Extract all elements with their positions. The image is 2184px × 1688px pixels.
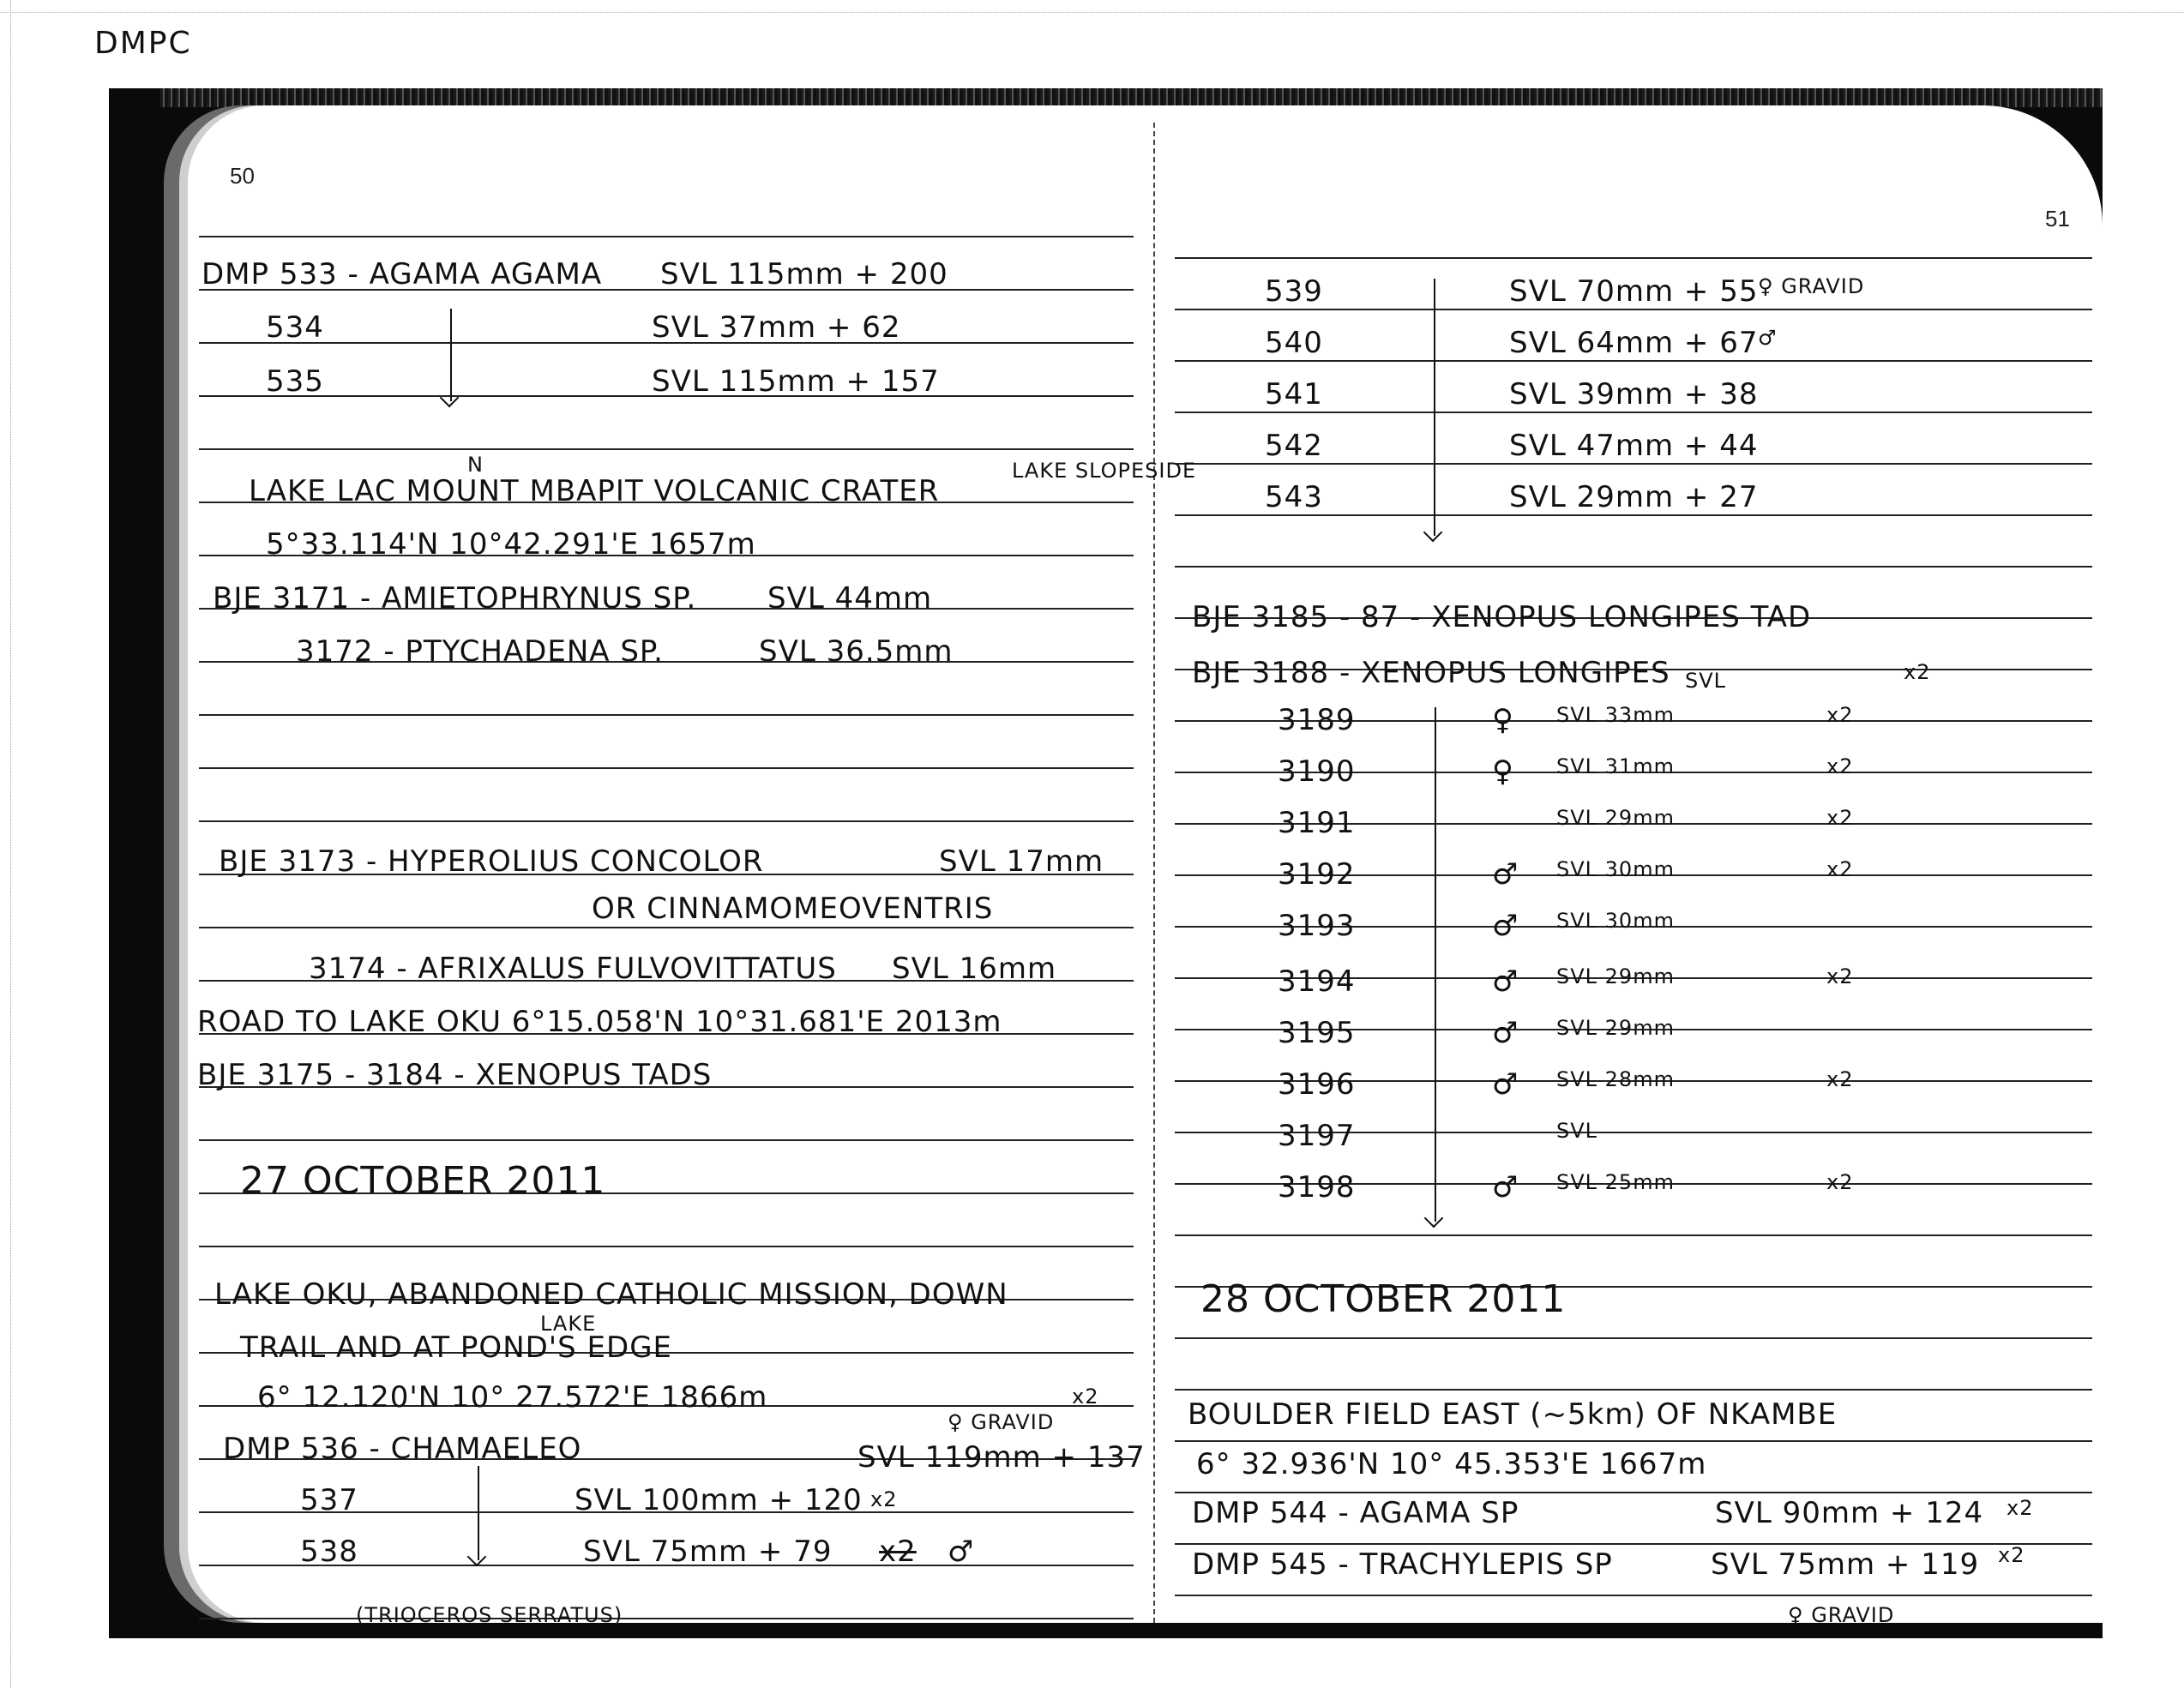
entry-bje3185: BJE 3185 - 87 - XENOPUS LONGIPES TAD	[1192, 600, 1811, 634]
range-arrow-icon	[1434, 279, 1435, 536]
entry-bje3194: 3194	[1278, 964, 1356, 999]
entry-bje3195-svl: SVL 29mm	[1556, 1016, 1675, 1040]
entry-dmp545-gravid: ♀ GRAVID	[1788, 1603, 1894, 1627]
ruled-line	[1175, 514, 2092, 516]
entry-dmp536-svl: SVL 119mm + 137	[857, 1440, 1146, 1475]
locality-insert-n: N	[467, 453, 484, 477]
entry-bje3193-svl: SVL 30mm	[1556, 909, 1675, 933]
entry-dmp539: 539	[1265, 274, 1323, 309]
entry-dmp536-note: ♀ GRAVID	[948, 1410, 1054, 1434]
ruled-line	[1175, 1492, 2092, 1493]
entry-bje3173-alt: OR CINNAMOMEOVENTRIS	[592, 892, 993, 926]
entry-dmp540-note: ♂	[1758, 326, 1778, 350]
male-symbol-icon: ♂	[1492, 1170, 1519, 1204]
entry-dmp544: DMP 544 - AGAMA SP	[1192, 1496, 1519, 1530]
ruled-line	[1175, 1440, 2092, 1442]
entry-dmp538-svl: SVL 75mm + 79	[583, 1535, 832, 1569]
entry-dmp545: DMP 545 - TRACHYLEPIS SP	[1192, 1547, 1613, 1582]
entry-dmp539-svl: SVL 70mm + 55	[1509, 274, 1758, 309]
entry-dmp543-svl: SVL 29mm + 27	[1509, 480, 1758, 514]
ruled-line	[1175, 463, 2092, 465]
male-symbol-icon: ♂	[948, 1535, 974, 1569]
coords-mbapit: 5°33.114'N 10°42.291'E 1657m	[266, 527, 756, 562]
entry-bje3189-note: x2	[1826, 703, 1853, 727]
entry-bje3194-svl: SVL 29mm	[1556, 964, 1675, 988]
entry-bje3175: BJE 3175 - 3184 - XENOPUS TADS	[197, 1058, 712, 1092]
entry-bje3171: BJE 3171 - AMIETOPHRYNUS SP.	[213, 581, 696, 616]
entry-bje3173: BJE 3173 - HYPEROLIUS CONCOLOR	[219, 844, 764, 879]
entry-bje3198-note: x2	[1826, 1170, 1853, 1194]
entry-bje3189-svl: SVL 33mm	[1556, 703, 1675, 727]
female-symbol-icon: ♀	[1492, 754, 1514, 789]
entry-dmp543: 543	[1265, 480, 1323, 514]
female-symbol-icon: ♀	[1492, 703, 1514, 737]
page-gutter	[1153, 123, 1155, 1623]
ruled-line	[199, 1246, 1134, 1247]
entry-bje3188: BJE 3188 - XENOPUS LONGIPES	[1192, 656, 1670, 690]
entry-bje3194-note: x2	[1826, 964, 1853, 988]
entry-dmp545-note: x2	[1998, 1543, 2025, 1567]
ruled-line	[1175, 1595, 2092, 1596]
entry-bje3191-svl: SVL 29mm	[1556, 806, 1675, 830]
scan-top-edge	[0, 12, 2184, 13]
entry-bje3198: 3198	[1278, 1170, 1356, 1204]
ruled-line	[1175, 1337, 2092, 1339]
entry-dmp538: 538	[300, 1535, 358, 1569]
entry-bje3172-svl: SVL 36.5mm	[759, 634, 954, 669]
entry-dmp540: 540	[1265, 326, 1323, 360]
ruled-line	[1175, 360, 2092, 362]
entry-bje3190-svl: SVL 31mm	[1556, 754, 1675, 778]
ruled-line	[1175, 257, 2092, 259]
entry-dmp536: DMP 536 - CHAMAELEO	[223, 1432, 581, 1466]
entry-bje3196-note: x2	[1826, 1067, 1853, 1091]
ruled-line	[199, 448, 1134, 450]
date-28-october: 28 OCTOBER 2011	[1200, 1277, 1566, 1321]
entry-dmp542-svl: SVL 47mm + 44	[1509, 429, 1758, 463]
locality-insert-lake: LAKE	[540, 1312, 596, 1336]
male-symbol-icon: ♂	[1492, 964, 1519, 999]
ruled-line	[1175, 411, 2092, 413]
entry-dmp534: 534	[266, 310, 324, 345]
entry-bje3189: 3189	[1278, 703, 1356, 737]
page-number-right: 51	[2045, 206, 2070, 232]
male-symbol-icon: ♂	[1492, 1067, 1519, 1102]
entry-bje3192-svl: SVL 30mm	[1556, 857, 1675, 881]
coords-nkambe: 6° 32.936'N 10° 45.353'E 1667m	[1196, 1447, 1706, 1481]
entry-bje3188-note: x2	[1904, 660, 1930, 684]
locality-note: LAKE SLOPESIDE	[1012, 459, 1196, 483]
entry-dmp534-svl: SVL 37mm + 62	[652, 310, 900, 345]
entry-bje3193: 3193	[1278, 909, 1356, 943]
ruled-line	[199, 236, 1134, 237]
entry-dmp540-svl: SVL 64mm + 67	[1509, 326, 1758, 360]
entry-bje3188-svl: SVL	[1685, 669, 1726, 693]
ruled-line	[1175, 1389, 2092, 1391]
ruled-line	[199, 714, 1134, 716]
entry-bje3198-svl: SVL 25mm	[1556, 1170, 1675, 1194]
locality-mbapit: LAKE LAC MOUNT MBAPIT VOLCANIC CRATER	[249, 474, 939, 508]
entry-bje3197-svl: SVL	[1556, 1119, 1597, 1143]
range-arrow-icon	[478, 1466, 479, 1560]
entry-dmp533-svl: SVL 115mm + 200	[660, 257, 948, 291]
ruled-line	[199, 767, 1134, 769]
entry-dmp539-note: ♀ GRAVID	[1758, 274, 1864, 298]
entry-dmp541: 541	[1265, 377, 1323, 411]
entry-bje3190-note: x2	[1826, 754, 1853, 778]
male-symbol-icon: ♂	[1492, 857, 1519, 892]
entry-bje3191-note: x2	[1826, 806, 1853, 830]
male-symbol-icon: ♂	[1492, 1016, 1519, 1050]
entry-dmp538-struck: x2	[879, 1535, 917, 1569]
coords-lake-oku: 6° 12.120'N 10° 27.572'E 1866m	[257, 1380, 767, 1415]
entry-dmp542: 542	[1265, 429, 1323, 463]
corner-label: DMPC	[94, 26, 192, 61]
ruled-line	[1175, 1234, 2092, 1236]
entry-bje3192-note: x2	[1826, 857, 1853, 881]
entry-dmp533: DMP 533 - AGAMA AGAMA	[202, 257, 602, 291]
entry-bje3195: 3195	[1278, 1016, 1356, 1050]
ruled-line	[199, 927, 1134, 928]
page-number-left: 50	[230, 163, 255, 189]
scan-left-edge	[10, 0, 11, 1688]
locality-road-oku: ROAD TO LAKE OKU 6°15.058'N 10°31.681'E …	[197, 1005, 1002, 1039]
entry-dmp537-note: x2	[870, 1487, 897, 1511]
entry-bje3172: 3172 - PTYCHADENA SP.	[296, 634, 664, 669]
entry-dmp544-note: x2	[2007, 1496, 2033, 1520]
entry-bje3191: 3191	[1278, 806, 1356, 840]
entry-dmp535: 535	[266, 364, 324, 399]
count-note: x2	[1072, 1385, 1098, 1409]
ruled-line	[199, 820, 1134, 822]
binding-shadow	[160, 88, 2103, 107]
entry-bje3174: 3174 - AFRIXALUS FULVOVITTATUS	[309, 952, 837, 986]
date-27-october: 27 OCTOBER 2011	[240, 1159, 605, 1203]
range-arrow-icon	[450, 309, 452, 401]
ruled-line	[1175, 1543, 2092, 1545]
entry-bje3196-svl: SVL 28mm	[1556, 1067, 1675, 1091]
entry-bje3190: 3190	[1278, 754, 1356, 789]
entry-bje3192: 3192	[1278, 857, 1356, 892]
footnote-trioceros: (TRIOCEROS SERRATUS)	[356, 1603, 623, 1627]
locality-boulder-field: BOULDER FIELD EAST (~5km) OF NKAMBE	[1188, 1397, 1837, 1432]
entry-bje3171-svl: SVL 44mm	[767, 581, 932, 616]
entry-dmp537: 537	[300, 1483, 358, 1517]
ruled-line	[1175, 309, 2092, 310]
entry-dmp541-svl: SVL 39mm + 38	[1509, 377, 1758, 411]
entry-dmp535-svl: SVL 115mm + 157	[652, 364, 940, 399]
entry-bje3196: 3196	[1278, 1067, 1356, 1102]
entry-bje3173-svl: SVL 17mm	[939, 844, 1104, 879]
entry-dmp537-svl: SVL 100mm + 120	[575, 1483, 863, 1517]
male-symbol-icon: ♂	[1492, 909, 1519, 943]
ruled-line	[199, 1618, 1134, 1619]
ruled-line	[1175, 566, 2092, 568]
locality-lake-oku-2: TRAIL AND AT POND'S EDGE	[240, 1331, 672, 1365]
entry-bje3174-svl: SVL 16mm	[892, 952, 1056, 986]
entry-bje3197: 3197	[1278, 1119, 1356, 1153]
entry-dmp544-svl: SVL 90mm + 124	[1715, 1496, 1983, 1530]
range-arrow-icon	[1435, 707, 1436, 1222]
entry-dmp545-svl: SVL 75mm + 119	[1711, 1547, 1979, 1582]
locality-lake-oku: LAKE OKU, ABANDONED CATHOLIC MISSION, DO…	[214, 1277, 1008, 1312]
ruled-line	[199, 1139, 1134, 1141]
